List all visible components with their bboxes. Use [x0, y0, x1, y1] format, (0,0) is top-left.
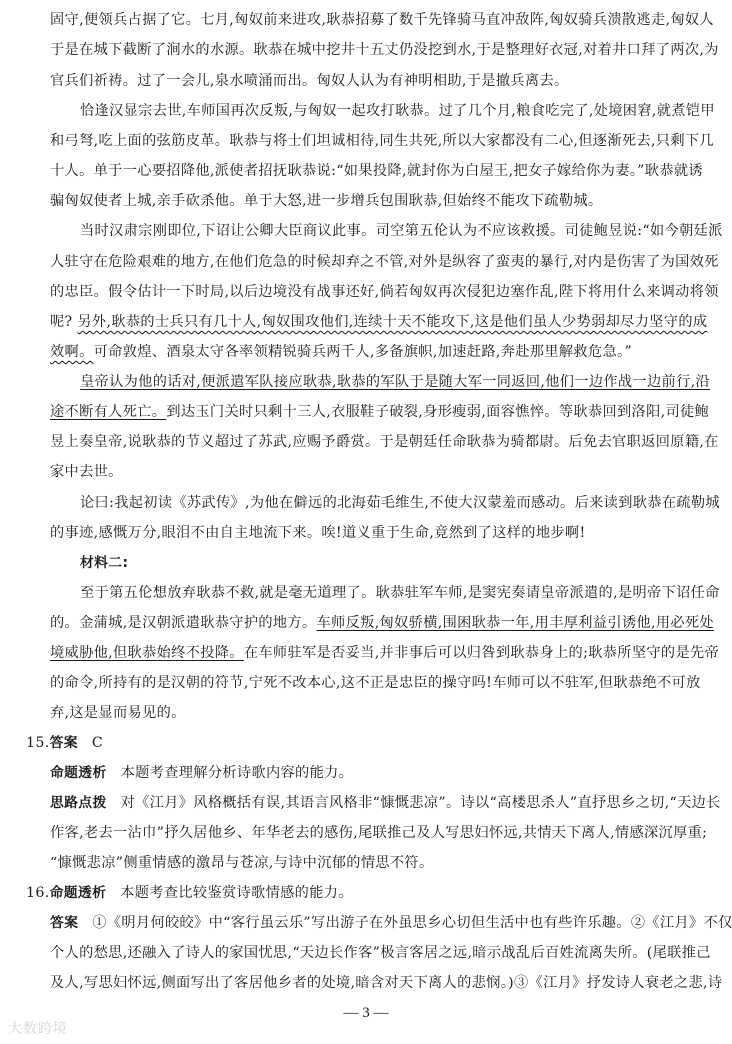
question-16: 16.命题透析本题考查比较鉴赏诗歌情感的能力。	[26, 883, 353, 903]
hint-line: 作客,老去一沾巾”抒久居他乡、年华老去的感伤,尾联推己及人写思妇怀远,共情天下离…	[50, 823, 707, 843]
underlined-text: 车师反叛,匈奴骄横,围困耿恭一年,用丰厚利益引诱他,用必死处	[317, 615, 714, 631]
text-line: 十人。单于一心要招降他,派使者招抚耿恭说:“如果投降,就封你为白屋王,把女子嫁给…	[50, 161, 703, 181]
underlined-text: 途不断有人死亡。	[50, 404, 166, 420]
hint-line: “慷慨悲凉”侧重情感的激昂与苍凉,与诗中沉郁的情思不符。	[50, 853, 434, 873]
text-line: 的事迹,感慨万分,眼泪不由自主地流下来。唉!道义重于生命,竟然到了这样的地步啊!	[50, 523, 586, 543]
answer-line: 个人的愁思,还融入了诗人的家国忧思,“天边长作客”极言客居之远,暗示战乱后百姓流…	[50, 943, 711, 963]
text-line: 弃,这是显而易见的。	[50, 703, 186, 723]
watermark-logo: 大数跨境	[8, 1018, 68, 1038]
text-line: 至于第五伦想放弃耿恭不救,就是毫无道理了。耿恭驻军车师,是窦宪奏请皇帝派遣的,是…	[80, 583, 720, 603]
text-line: 昱上奏皇帝,说耿恭的节义超过了苏武,应赐予爵赏。于是朝廷任命耿恭为骑都尉。后免去…	[50, 432, 719, 452]
intent-label: 命题透析	[50, 765, 107, 781]
text-line: 论曰:我起初读《苏武传》,为他在僻远的北海茹毛维生,不使大汉蒙羞而感动。后来读到…	[80, 493, 720, 513]
wavy-underlined-text: 效啊。	[50, 344, 94, 360]
section-heading: 材料二:	[80, 553, 128, 573]
text-segment: 在车师驻军是否妥当,并非事后可以归咎到耿恭身上的;耿恭所坚守的是先帝	[244, 645, 719, 661]
answer-label: 答案	[50, 915, 78, 931]
intent-label: 命题透析	[50, 885, 107, 901]
text-line: 恰逢汉显宗去世,车师国再次反叛,与匈奴一起攻打耿恭。过了几个月,粮食吃完了,处境…	[80, 101, 715, 121]
text-line: 家中去世。	[50, 462, 123, 482]
text-line: 于是在城下截断了涧水的水源。耿恭在城中挖井十五丈仍没挖到水,于是整理好衣冠,对着…	[50, 40, 719, 60]
text-line: 的忠臣。假令估计一下时局,以后边境没有战事还好,倘若匈奴再次侵犯边塞作乱,陛下将…	[50, 282, 719, 302]
text-line: 官兵们祈祷。过了一会儿,泉水喷涌而出。匈奴人认为有神明相助,于是撤兵离去。	[50, 71, 569, 91]
text-line: 骗匈奴使者上城,亲手砍杀他。单于大怒,进一步增兵包围耿恭,但始终不能攻下疏勒城。	[50, 191, 602, 211]
answer-value: C	[92, 735, 103, 751]
intent-line: 命题透析本题考查理解分析诗歌内容的能力。	[50, 763, 353, 783]
answer-line: 及人,写思妇怀远,侧面写出了客居他乡者的处境,暗含对天下离人的悲悯。)③《江月》…	[50, 973, 722, 993]
text-line: 皇帝认为他的话对,便派遣军队接应耿恭,耿恭的军队于是随大军一同返回,他们一边作战…	[80, 372, 710, 392]
answer-line: 答案①《明月何皎皎》中“客行虽云乐”写出游子在外虽思乡心切但生活中也有些许乐趣。…	[50, 913, 732, 933]
text-line: 的命令,所持有的是汉朝的符节,宁死不改本心,这不正是忠臣的操守吗!车师可以不驻军…	[50, 673, 701, 693]
text-segment: 到达玉门关时只剩十三人,衣服鞋子破裂,身形瘦弱,面容憔悴。等耿恭回到洛阳,司徒鲍	[166, 404, 709, 420]
question-number: 16.	[26, 885, 50, 901]
text-segment: 呢?	[50, 314, 73, 330]
intent-text: 本题考查理解分析诗歌内容的能力。	[121, 765, 354, 781]
text-line: 固守,便领兵占据了它。七月,匈奴前来进攻,耿恭招募了数千先锋骑马直冲敌阵,匈奴骑…	[50, 10, 714, 30]
intent-text: 本题考查比较鉴赏诗歌情感的能力。	[120, 885, 353, 901]
question-15: 15.答案C	[26, 733, 103, 753]
hint-text: 对《江月》风格概括有误,其语言风格非“慷慨悲凉”。诗以“高楼思杀人”直抒思乡之切…	[121, 795, 721, 811]
wavy-underlined-text: 另外,耿恭的士兵只有几十人,匈奴围攻他们,连续十天不能攻下,这是他们虽人少势弱却…	[77, 314, 707, 330]
underlined-text: 境威胁他,但耿恭始终不投降。	[50, 645, 244, 661]
text-line: 呢? 另外,耿恭的士兵只有几十人,匈奴围攻他们,连续十天不能攻下,这是他们虽人少…	[50, 312, 707, 332]
text-segment: 的。金蒲城,是汉朝派遣耿恭守护的地方。	[50, 615, 317, 631]
answer-label: 答案	[50, 735, 78, 751]
page-number: — 3 —	[0, 1005, 732, 1022]
hint-line: 思路点拨对《江月》风格概括有误,其语言风格非“慷慨悲凉”。诗以“高楼思杀人”直抒…	[50, 793, 721, 813]
answer-text: ①《明月何皎皎》中“客行虽云乐”写出游子在外虽思乡心切但生活中也有些许乐趣。②《…	[92, 915, 732, 931]
question-number: 15.	[26, 735, 50, 751]
text-line: 当时汉肃宗刚即位,下诏让公卿大臣商议此事。司空第五伦认为不应该救援。司徒鲍昱说:…	[80, 221, 723, 241]
text-segment: 可命敦煌、酒泉太守各率领精锐骑兵两千人,多备旗帜,加速赶路,奔赴那里解救危急。”	[94, 344, 632, 360]
text-line: 途不断有人死亡。到达玉门关时只剩十三人,衣服鞋子破裂,身形瘦弱,面容憔悴。等耿恭…	[50, 402, 709, 422]
text-line: 的。金蒲城,是汉朝派遣耿恭守护的地方。车师反叛,匈奴骄横,围困耿恭一年,用丰厚利…	[50, 613, 714, 633]
hint-label: 思路点拨	[50, 795, 107, 811]
text-line: 人驻守在危险艰难的地方,在他们危急的时候却弃之不管,对外是纵容了蛮夷的暴行,对内…	[50, 252, 719, 272]
underlined-text: 皇帝认为他的话对,便派遣军队接应耿恭,耿恭的军队于是随大军一同返回,他们一边作战…	[80, 374, 710, 390]
text-line: 和弓弩,吃上面的弦筋皮革。耿恭与将士们坦诚相待,同生共死,所以大家都没有二心,但…	[50, 131, 714, 151]
text-line: 境威胁他,但耿恭始终不投降。在车师驻军是否妥当,并非事后可以归咎到耿恭身上的;耿…	[50, 643, 719, 663]
text-line: 效啊。可命敦煌、酒泉太守各率领精锐骑兵两千人,多备旗帜,加速赶路,奔赴那里解救危…	[50, 342, 632, 362]
